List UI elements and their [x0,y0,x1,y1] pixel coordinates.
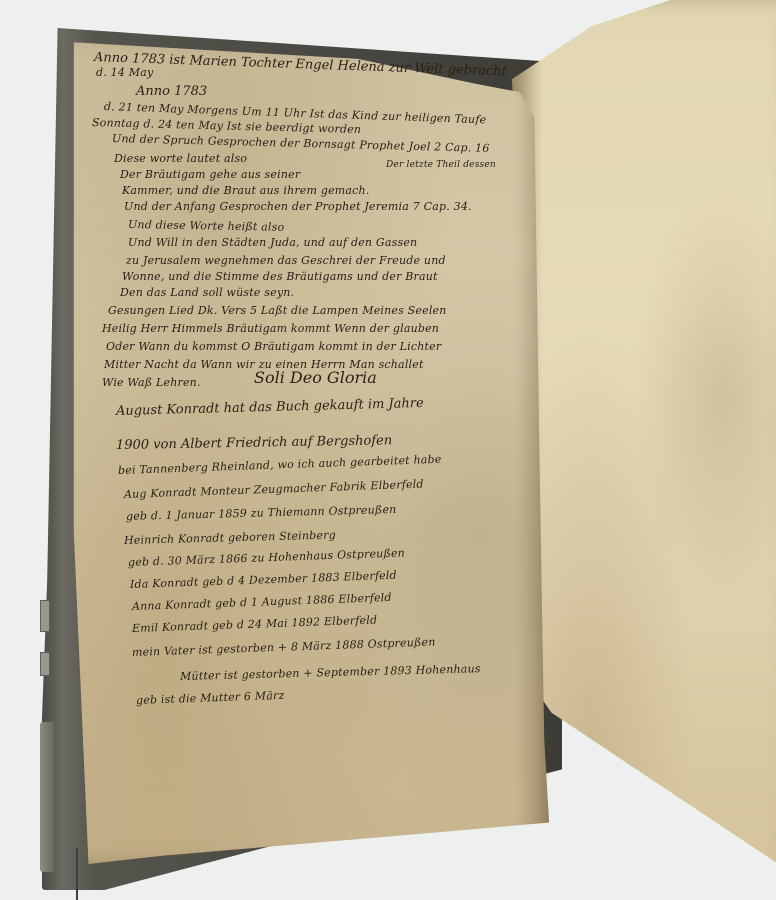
handwritten-line: Kammer, und die Braut aus ihrem gemach. [122,184,370,197]
handwritten-line: Wie Waß Lehren. [102,376,201,389]
handwritten-line: Diese worte lautet also [114,152,247,165]
metal-clasp-middle [40,652,50,676]
handwritten-line: zu Jerusalem wegnehmen das Geschrei der … [126,254,446,267]
handwritten-line: Wonne, und die Stimme des Bräutigams und… [122,270,438,283]
metal-corner-fitting [40,722,54,872]
handwritten-line: Der Bräutigam gehe aus seiner [120,168,300,181]
handwritten-line: Anno 1783 [136,84,207,99]
handwritten-line: Und diese Worte heißt also [128,218,285,234]
margin-note: Der letzte Theil dessen [386,160,496,170]
handwritten-line: Und der Anfang Gesprochen der Prophet Je… [124,200,472,213]
handwritten-line: Und Will in den Städten Juda, und auf de… [128,236,417,249]
handwritten-line: Heilig Herr Himmels Bräutigam kommt Wenn… [102,322,439,335]
book-photo-scene: Anno 1783 ist Marien Tochter Engel Helen… [0,0,776,900]
handwritten-line: Den das Land soll wüste seyn. [120,286,294,299]
metal-clasp-upper [40,600,50,632]
handwritten-line: Gesungen Lied Dk. Vers 5 Laßt die Lampen… [108,304,447,317]
display-stand-pin [76,848,78,900]
handwritten-line: d. 14 May [96,66,153,79]
handwritten-line: Oder Wann du kommst O Bräutigam kommt in… [106,340,441,353]
closing-inscription: Soli Deo Gloria [254,368,377,387]
